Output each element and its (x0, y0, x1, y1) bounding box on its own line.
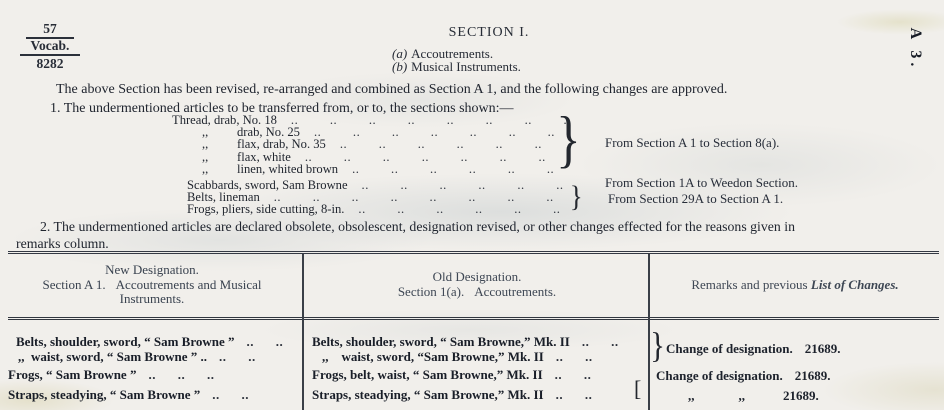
transfer-item: ,, flax, white .. .. .. .. .. .. .. .. .… (172, 151, 567, 163)
header-remarks: Remarks and previous List of Changes. (652, 278, 938, 293)
page-side-label: A 3. (906, 27, 924, 71)
transfer-annotation: From Section 1A to Weedon Section. (605, 175, 798, 191)
ditto-mark: ,, (688, 388, 695, 403)
dot-leader: .. .. (555, 368, 640, 382)
dot-leader: .. .. (556, 388, 640, 402)
dot-leader: .. .. (556, 350, 640, 364)
ditto-mark: ,, (202, 151, 237, 163)
column-divider (648, 254, 650, 410)
header-old-sub-text: Accoutrements. (474, 284, 556, 299)
dot-leader: .. .. (212, 388, 296, 402)
column-divider (302, 254, 304, 410)
remarks-text: Change of designation. (656, 368, 783, 383)
changes-table: New Designation. Section A 1.Accoutremen… (0, 251, 944, 410)
transfer-annotation: From Section 29A to Section A 1. (608, 191, 783, 207)
remarks-cell: Change of designation.21689. (656, 368, 831, 384)
subheading-b-marker: (b) (392, 59, 407, 74)
header-new-title: New Designation. (8, 263, 296, 278)
ditto-mark: ,, (739, 388, 746, 403)
remarks-text: Change of designation. (666, 341, 793, 356)
header-old-subtitle: Section 1(a).Accoutrements. (312, 285, 642, 300)
dot-leader: .. .. .. .. .. .. .. .. .. .. (362, 179, 567, 191)
scanned-document-page: 57 Vocab. 8282 SECTION I. (a)Accoutremen… (0, 0, 944, 410)
remarks-brace: } (650, 328, 665, 362)
header-new-sub-text: Accoutrements and Musical Instruments. (116, 277, 262, 307)
header-old-designation: Old Designation. Section 1(a).Accoutreme… (312, 270, 642, 299)
dot-leader: .. .. (582, 335, 640, 349)
intro-paragraph: The above Section has been revised, re-a… (20, 81, 900, 98)
old-designation-cell: ,, waist, sword, “Sam Browne,” Mk. II (322, 350, 544, 364)
table-header-rule (8, 317, 939, 320)
transfer-item: ,, flax, drab, No. 35 .. .. .. .. .. .. … (172, 138, 567, 150)
old-designation-cell: Frogs, belt, waist, “ Sam Browne,” Mk. I… (312, 368, 543, 382)
dot-leader: .. .. .. .. .. .. .. .. .. .. (314, 126, 567, 138)
stamp-vocab-label: Vocab. (20, 39, 80, 56)
paragraph-item-2-line2: remarks column. (16, 235, 901, 252)
dot-leader: .. .. .. .. .. .. .. .. .. .. (340, 138, 567, 150)
new-designation-cell: ,, waist, sword, “ Sam Browne ” .. (18, 350, 207, 364)
remarks-cell: ,,,,21689. (688, 388, 819, 404)
transfer-annotation: From Section A 1 to Section 8(a). (605, 135, 779, 151)
stamp-page-number: 57 (26, 22, 74, 39)
ditto-mark: ,, (202, 163, 237, 175)
header-new-designation: New Designation. Section A 1.Accoutremen… (8, 263, 296, 307)
subheading-b: (b)Musical Instruments. (392, 60, 521, 73)
dot-leader: .. .. .. (148, 368, 296, 382)
header-remarks-prefix: Remarks and previous (691, 277, 811, 292)
header-remarks-italic: List of Changes. (811, 277, 899, 292)
dot-leader: .. .. (219, 350, 296, 364)
new-designation-cell: Straps, steadying, “ Sam Browne ” (8, 388, 200, 402)
dot-leader: .. .. .. .. .. .. .. .. .. .. (358, 203, 567, 215)
section-title: SECTION I. (404, 25, 574, 41)
table-top-rule (8, 251, 939, 254)
list-of-changes-number: 21689. (795, 368, 831, 383)
row-bracket: [ (634, 382, 641, 396)
old-designation-cell: Belts, shoulder, sword, “ Sam Browne,” M… (312, 335, 570, 349)
header-new-subtitle: Section A 1.Accoutrements and Musical In… (28, 278, 276, 307)
transfer-item: Thread, drab, No. 18 .. .. .. .. .. .. .… (172, 114, 567, 126)
transfer-item-label: Frogs, pliers, side cutting, 8-in. (187, 203, 344, 215)
transfer-item-label: flax, white (237, 151, 291, 163)
new-designation-cell: Belts, shoulder, sword, “ Sam Browne ” (16, 335, 235, 349)
transfer-list: Thread, drab, No. 18 .. .. .. .. .. .. .… (172, 114, 567, 216)
list-of-changes-number: 21689. (783, 388, 819, 403)
group-brace-small: } (570, 184, 583, 210)
remarks-cell: Change of designation.21689. (666, 341, 841, 357)
header-old-section: Section 1(a). (398, 284, 464, 299)
header-new-section: Section A 1. (42, 277, 105, 292)
vocab-stamp: 57 Vocab. 8282 (20, 22, 80, 71)
ditto-mark: ,, (202, 138, 237, 150)
header-old-title: Old Designation. (312, 270, 642, 285)
dot-leader: .. .. .. (247, 335, 297, 349)
old-designation-cell: Straps, steadying, “ Sam Browne,” Mk. II (312, 388, 544, 402)
new-designation-cell: Frogs, “ Sam Browne ” (8, 368, 136, 382)
dot-leader: .. .. .. .. .. .. .. .. .. .. (291, 114, 567, 126)
stamp-code: 8282 (20, 56, 80, 71)
dot-leader: .. .. .. .. .. .. .. .. .. .. (305, 151, 567, 163)
paragraph-item-2-line1: 2. The undermentioned articles are decla… (16, 218, 901, 235)
transfer-item-label: linen, whited brown (237, 163, 338, 175)
transfer-item: Frogs, pliers, side cutting, 8-in. .. ..… (172, 203, 567, 215)
group-brace-large: } (556, 108, 581, 170)
transfer-item-label: flax, drab, No. 35 (237, 138, 326, 150)
paragraph-item-2: 2. The undermentioned articles are decla… (16, 218, 901, 252)
transfer-item: ,, drab, No. 25 .. .. .. .. .. .. .. .. … (172, 126, 567, 138)
transfer-item: ,, linen, whited brown .. .. .. .. .. ..… (172, 163, 567, 175)
subheading-b-text: Musical Instruments. (411, 59, 521, 74)
dot-leader: .. .. .. .. .. .. .. .. .. .. (352, 163, 567, 175)
list-of-changes-number: 21689. (805, 341, 841, 356)
